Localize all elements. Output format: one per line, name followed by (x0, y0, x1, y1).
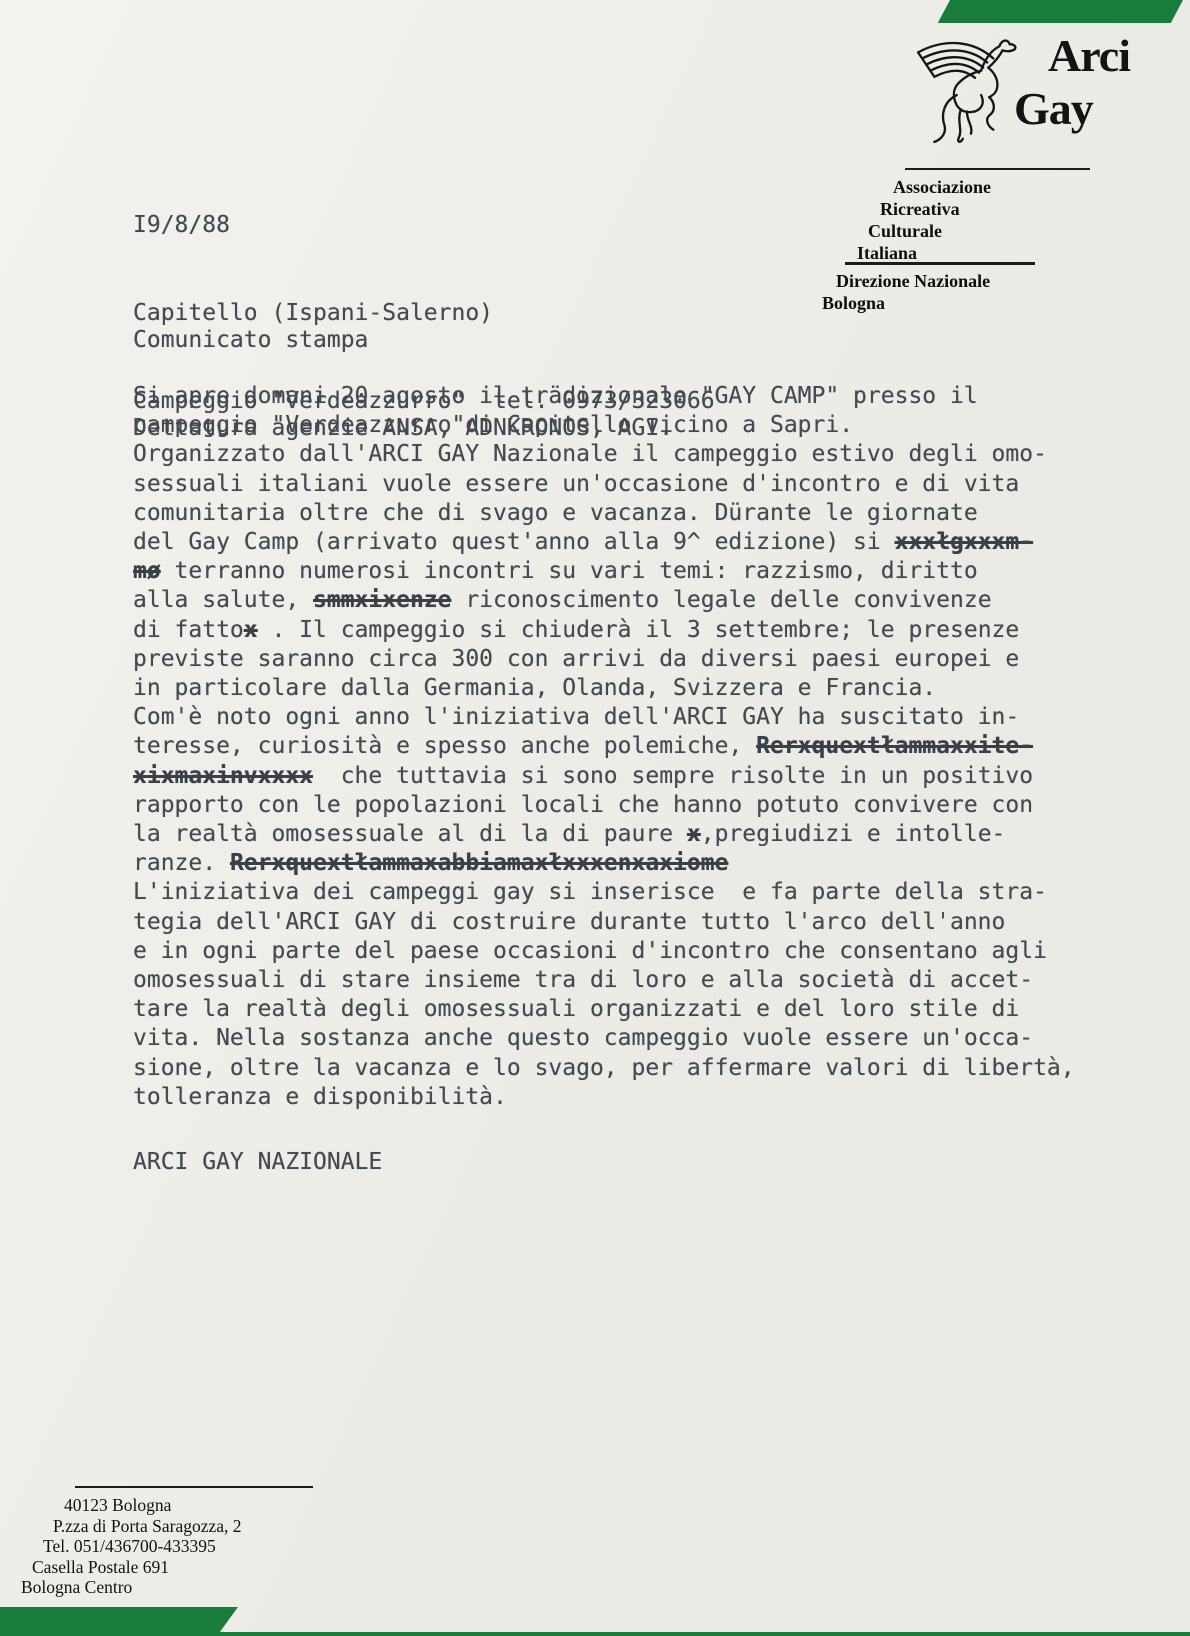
body-line: ranze. Rerxquextłammaxabbiamaxłxxxenxaxi… (133, 849, 1075, 878)
body-line: Organizzato dall'ARCI GAY Nazionale il c… (133, 440, 1075, 469)
body-line: tegia dell'ARCI GAY di costruire durante… (133, 908, 1075, 937)
association-line: Italiana (857, 244, 917, 262)
green-accent-bar-top (938, 0, 1183, 23)
body-line: tare la realtà degli omosessuali organiz… (133, 995, 1075, 1024)
body-line: alla salute, smmxixenze riconoscimento l… (133, 586, 1075, 615)
signature-line: ARCI GAY NAZIONALE (133, 1148, 382, 1177)
brand-name-gay: Gay (1014, 86, 1093, 132)
body-text: Si apre domani 20 agosto il trädizionale… (133, 382, 1075, 1112)
body-line: sione, oltre la vacanza e lo svago, per … (133, 1054, 1075, 1083)
body-line: comunitaria oltre che di svago e vacanza… (133, 499, 1075, 528)
body-line: del Gay Camp (arrivato quest'anno alla 9… (133, 528, 1075, 557)
overstruck-text: smmxixenze (313, 587, 451, 613)
direction-line: Direzione Nazionale (836, 272, 990, 290)
overstruck-text: xxxłgxxxm- (895, 529, 1033, 555)
body-line: di fattox . Il campeggio si chiuderà il … (133, 616, 1075, 645)
footer-po-box: Casella Postale 691 (32, 1559, 169, 1577)
footer-divider (75, 1486, 313, 1488)
body-line: omosessuali di stare insieme tra di loro… (133, 966, 1075, 995)
footer-district: Bologna Centro (21, 1579, 132, 1597)
overstruck-text: x (687, 821, 701, 847)
body-line: rapporto con le popolazioni locali che h… (133, 791, 1075, 820)
green-accent-strip-bottom (0, 1632, 1190, 1636)
body-line: Com'è noto ogni anno l'iniziativa dell'A… (133, 703, 1075, 732)
body-line: L'iniziativa dei campeggi gay si inseris… (133, 878, 1075, 907)
overstruck-text: x (244, 617, 258, 643)
body-line: mø terranno numerosi incontri su vari te… (133, 557, 1075, 586)
association-line: Associazione (893, 178, 991, 196)
association-line: Ricreativa (880, 200, 960, 218)
body-line: campeggio "Verdeazzurro"di Capitello vic… (133, 411, 1075, 440)
body-line: sessuali italiani vuole essere un'occasi… (133, 470, 1075, 499)
footer-postcode-city: 40123 Bologna (64, 1497, 171, 1515)
overstruck-text: xixmaxinvxxxx (133, 763, 313, 789)
release-type-line: Comunicato stampa (133, 326, 673, 355)
footer-street: P.zza di Porta Saragozza, 2 (53, 1518, 242, 1536)
date-line: I9/8/88 (133, 211, 715, 240)
overstruck-text: Rerxquextłammaxabbiamaxłxxxenxaxiome (230, 850, 729, 876)
body-line: vita. Nella sostanza anche questo campeg… (133, 1024, 1075, 1053)
body-line: in particolare dalla Germania, Olanda, S… (133, 674, 1075, 703)
direction-city: Bologna (822, 294, 885, 312)
letterhead-divider-middle (845, 262, 1035, 265)
overstruck-text: Rerxquextłammaxxite- (756, 733, 1033, 759)
association-line: Culturale (868, 222, 942, 240)
body-line: teresse, curiosità e spesso anche polemi… (133, 732, 1075, 761)
footer-phone: Tel. 051/436700-433395 (43, 1538, 216, 1556)
letterhead-divider-top (905, 168, 1090, 170)
brand-name-arci: Arci (1048, 33, 1130, 79)
body-line: previste saranno circa 300 con arrivi da… (133, 645, 1075, 674)
press-release-page: Arci Gay Associazione Ricreativa Cultura… (0, 0, 1190, 1636)
body-line: e in ogni parte del paese occasioni d'in… (133, 937, 1075, 966)
overstruck-text: mø (133, 558, 161, 584)
body-line: tolleranza e disponibilità. (133, 1083, 1075, 1112)
body-line: xixmaxinvxxxx che tuttavia si sono sempr… (133, 762, 1075, 791)
body-line: Si apre domani 20 agosto il trädizionale… (133, 382, 1075, 411)
body-line: la realtà omosessuale al di la di paure … (133, 820, 1075, 849)
